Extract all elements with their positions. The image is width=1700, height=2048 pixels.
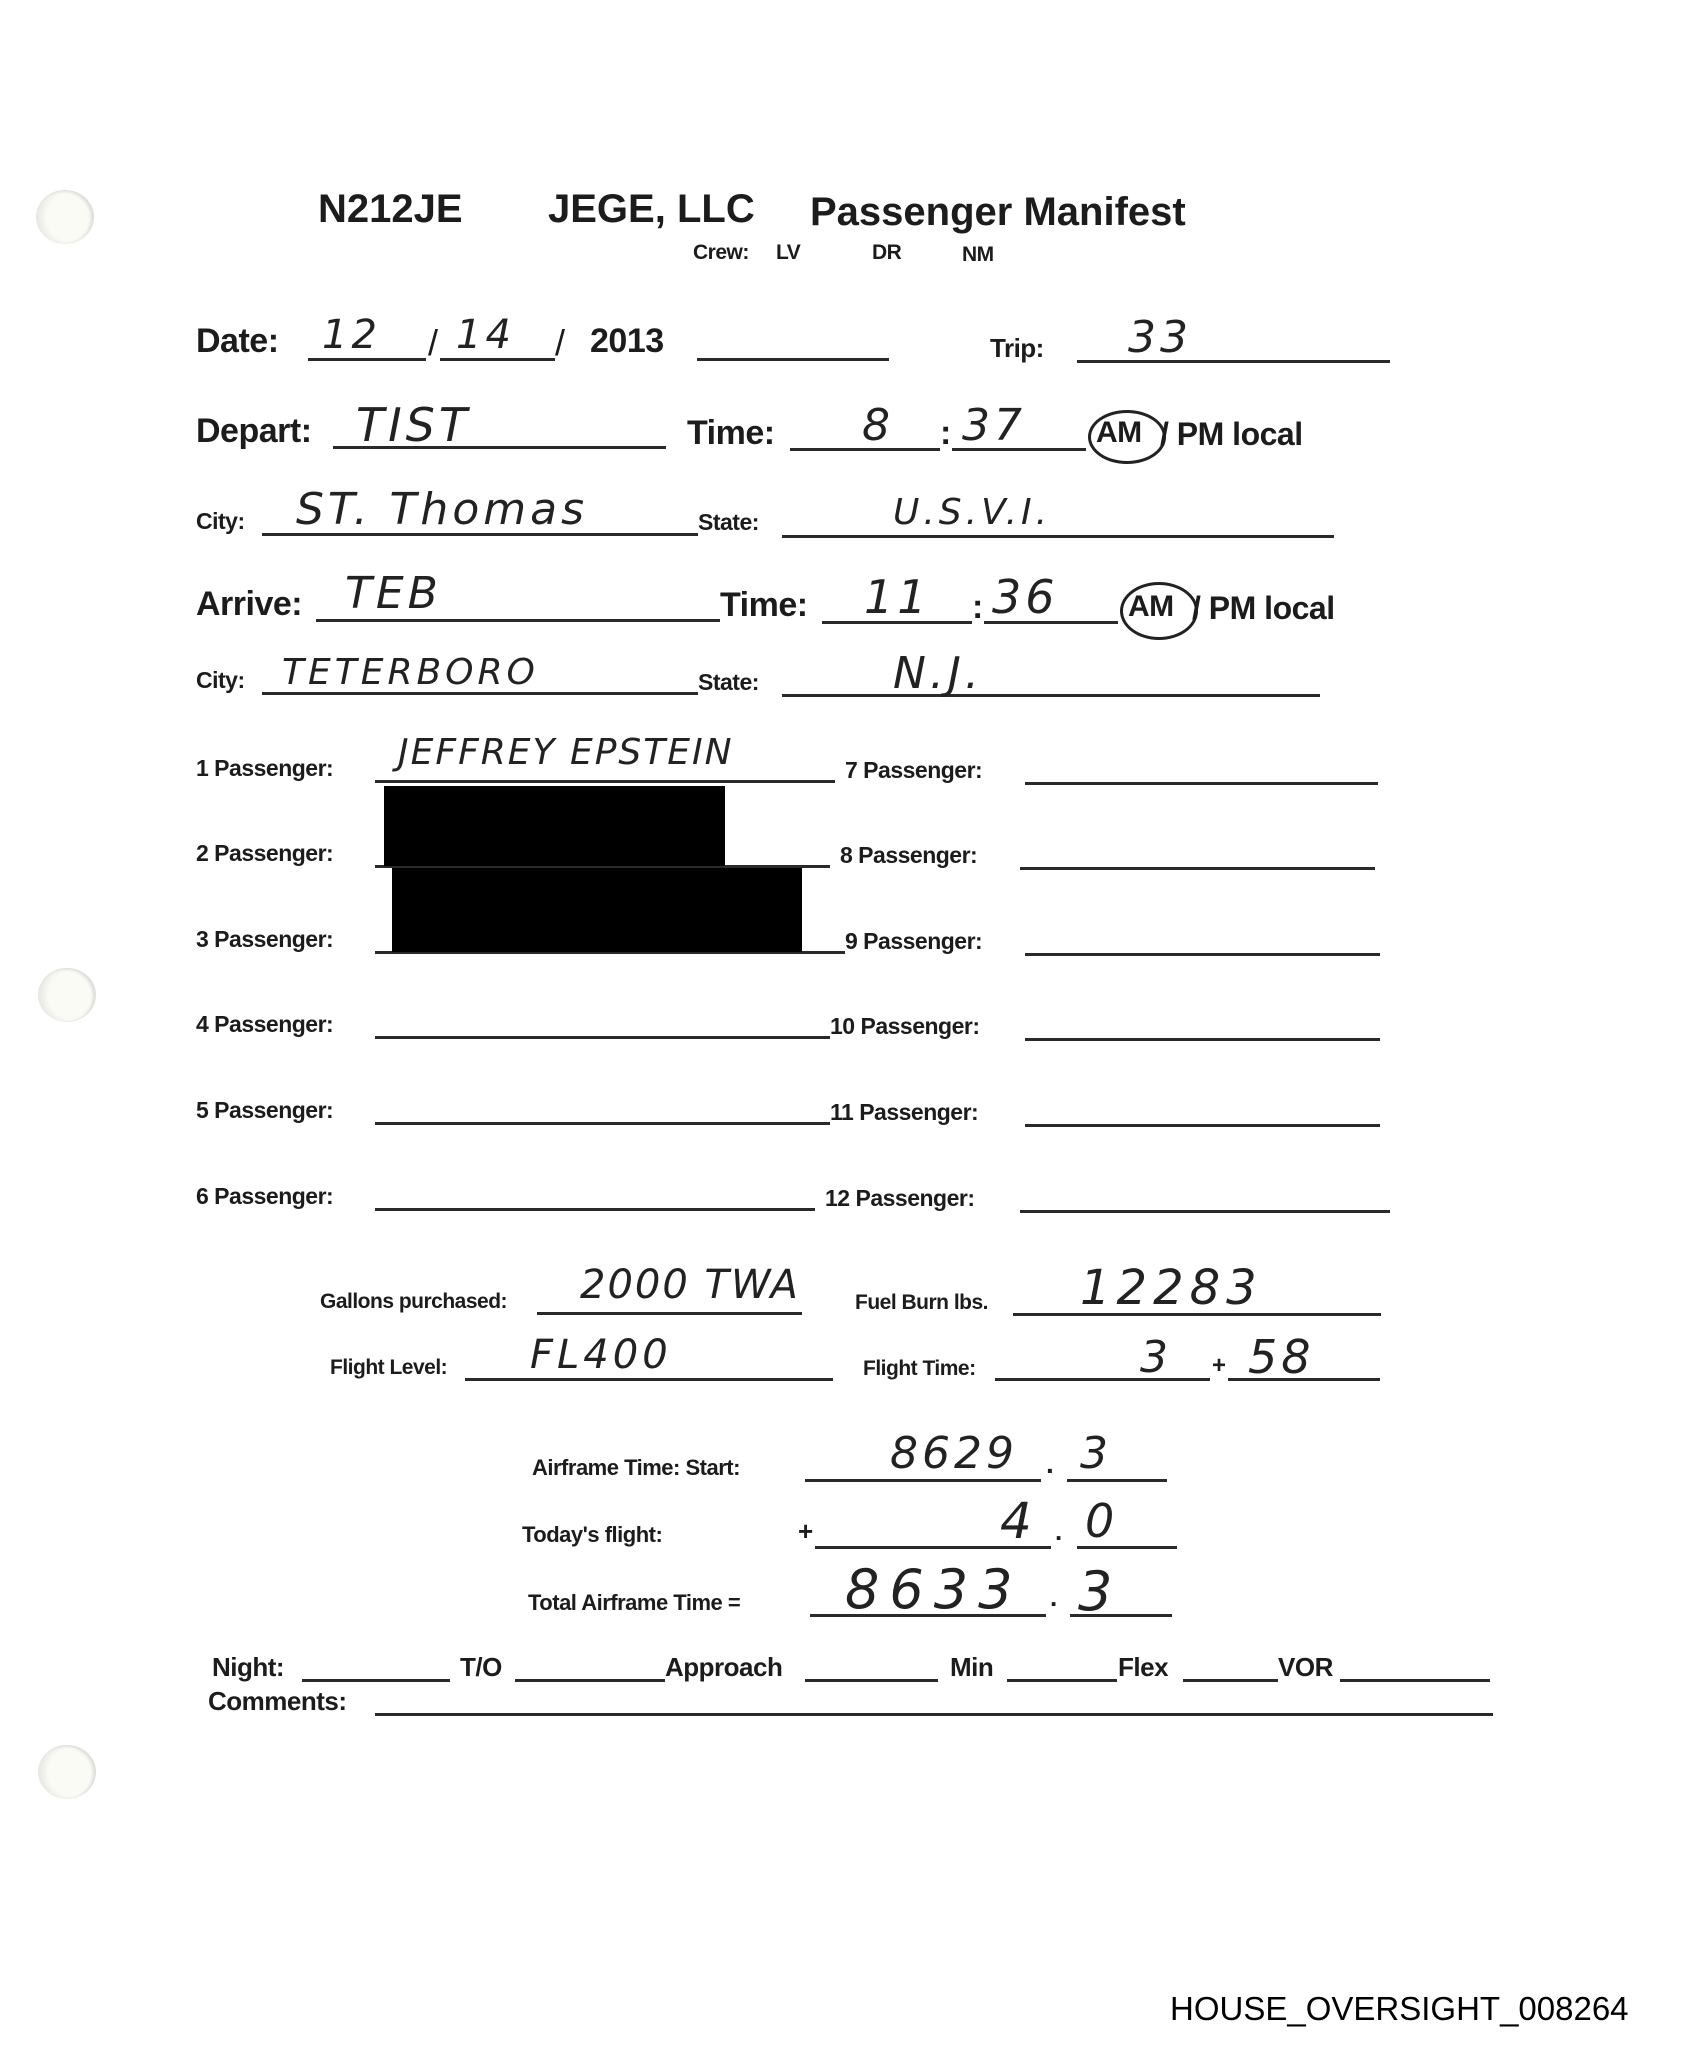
flex-line: [1183, 1679, 1278, 1682]
arrive-hour-value[interactable]: 11: [864, 570, 931, 624]
airframe-start-whole-value[interactable]: 8629: [890, 1428, 1018, 1479]
tail-number: N212JE: [318, 187, 463, 232]
min-line: [1007, 1679, 1117, 1682]
passenger-9-label: 9 Passenger:: [845, 928, 982, 955]
depart-state-value[interactable]: U.S.V.I.: [893, 492, 1051, 533]
passenger-7-line: [1025, 782, 1378, 785]
comments-line: [375, 1713, 1493, 1716]
approach-line: [805, 1679, 938, 1682]
min-label: Min: [950, 1652, 993, 1683]
crew-member-3: NM: [962, 243, 994, 267]
depart-minute-value[interactable]: 37: [962, 400, 1026, 451]
passenger-10-label: 10 Passenger:: [830, 1013, 979, 1040]
depart-pm-local[interactable]: / PM local: [1160, 416, 1303, 453]
passenger-10-line: [1025, 1038, 1380, 1041]
passenger-2-label: 2 Passenger:: [196, 840, 333, 867]
flight-time-hours-value[interactable]: 3: [1140, 1332, 1172, 1383]
arrive-city-value[interactable]: TETERBORO: [282, 652, 539, 693]
airframe-start-label: Airframe Time: Start:: [532, 1455, 740, 1481]
flex-label: Flex: [1118, 1652, 1168, 1683]
passenger-11-line: [1025, 1124, 1380, 1127]
arrive-city-label: City:: [196, 667, 245, 694]
depart-state-label: State:: [698, 509, 759, 536]
flight-time-label: Flight Time:: [863, 1357, 976, 1381]
todays-flight-dot: .: [1055, 1516, 1062, 1547]
todays-flight-whole-value[interactable]: 4: [1000, 1492, 1036, 1550]
punch-hole-middle: [38, 968, 96, 1022]
todays-flight-plus: +: [798, 1516, 813, 1547]
night-label: Night:: [212, 1652, 284, 1683]
fuel-burn-value[interactable]: 12283: [1080, 1260, 1263, 1316]
depart-label: Depart:: [196, 412, 312, 451]
flight-time-separator: +: [1212, 1352, 1226, 1380]
crew-member-2: DR: [872, 241, 901, 265]
gallons-label: Gallons purchased:: [320, 1290, 507, 1314]
passenger-5-label: 5 Passenger:: [196, 1097, 333, 1124]
trip-label: Trip:: [990, 333, 1044, 364]
crew-label: Crew:: [693, 241, 749, 265]
gallons-line: [537, 1312, 802, 1315]
depart-state-line: [782, 535, 1334, 538]
date-day-value[interactable]: 14: [456, 312, 515, 358]
arrive-state-label: State:: [698, 669, 759, 696]
total-airframe-whole-value[interactable]: 8633: [845, 1558, 1022, 1621]
to-line: [515, 1679, 665, 1682]
airframe-start-dot: .: [1046, 1448, 1053, 1480]
arrive-minute-value[interactable]: 36: [992, 570, 1059, 624]
depart-city-label: City:: [196, 508, 245, 535]
arrive-state-value[interactable]: N.J.: [893, 648, 983, 699]
flight-level-value[interactable]: FL400: [530, 1332, 672, 1378]
passenger-7-label: 7 Passenger:: [845, 757, 982, 784]
flight-level-label: Flight Level:: [330, 1356, 447, 1380]
passenger-12-line: [1020, 1210, 1390, 1213]
to-label: T/O: [460, 1652, 502, 1683]
punch-hole-top: [36, 190, 94, 244]
date-slash-1: /: [428, 322, 438, 364]
passenger-8-label: 8 Passenger:: [840, 842, 977, 869]
date-month-line: [308, 358, 426, 361]
todays-flight-label: Today's flight:: [522, 1522, 662, 1548]
passenger-3-label: 3 Passenger:: [196, 926, 333, 953]
airframe-start-tenth-line: [1067, 1479, 1167, 1482]
passenger-6-label: 6 Passenger:: [196, 1183, 333, 1210]
fuel-burn-label: Fuel Burn lbs.: [855, 1291, 988, 1315]
passenger-4-label: 4 Passenger:: [196, 1011, 333, 1038]
form-title: Passenger Manifest: [810, 190, 1186, 235]
date-day-line: [440, 358, 555, 361]
passenger-1-line: [375, 780, 835, 783]
passenger-1-label: 1 Passenger:: [196, 755, 333, 782]
crew-member-1: LV: [776, 241, 800, 265]
arrive-pm-local[interactable]: / PM local: [1192, 590, 1335, 627]
arrive-airport-value[interactable]: TEB: [345, 568, 442, 619]
date-extra-line: [697, 358, 889, 361]
total-airframe-tenth-value[interactable]: 3: [1078, 1560, 1116, 1623]
punch-hole-bottom: [38, 1745, 96, 1799]
depart-time-colon: :: [940, 414, 951, 453]
gallons-value[interactable]: 2000 TWA: [580, 1262, 800, 1308]
passenger-6-line: [375, 1208, 815, 1211]
passenger-1-value[interactable]: JEFFREY EPSTEIN: [398, 732, 734, 773]
passenger-5-line: [375, 1122, 830, 1125]
depart-airport-value[interactable]: TIST: [356, 398, 471, 452]
flight-level-line: [465, 1378, 833, 1381]
passenger-8-line: [1020, 867, 1375, 870]
trip-number-value[interactable]: 33: [1128, 312, 1192, 363]
depart-city-value[interactable]: ST. Thomas: [296, 484, 588, 535]
date-year: 2013: [590, 322, 664, 361]
depart-time-label: Time:: [687, 414, 775, 453]
date-slash-2: /: [555, 322, 565, 364]
depart-hour-value[interactable]: 8: [862, 400, 894, 451]
approach-label: Approach: [665, 1652, 782, 1683]
depart-am-option[interactable]: AM: [1096, 416, 1142, 450]
vor-line: [1340, 1679, 1490, 1682]
bates-number: HOUSE_OVERSIGHT_008264: [1170, 1990, 1629, 2028]
arrive-state-line: [782, 694, 1320, 697]
flight-time-minutes-value[interactable]: 58: [1248, 1330, 1315, 1384]
airframe-start-whole-line: [805, 1479, 1041, 1482]
arrive-time-label: Time:: [720, 586, 808, 625]
trip-line: [1077, 360, 1390, 363]
arrive-time-colon: :: [972, 588, 983, 627]
arrive-label: Arrive:: [196, 585, 302, 624]
todays-flight-tenth-value[interactable]: 0: [1085, 1494, 1118, 1548]
passenger-3-redaction: [392, 868, 802, 952]
passenger-12-label: 12 Passenger:: [825, 1185, 974, 1212]
passenger-9-line: [1025, 953, 1380, 956]
passenger-2-redaction: [384, 786, 725, 866]
arrive-am-option[interactable]: AM: [1128, 590, 1174, 624]
total-airframe-label: Total Airframe Time =: [528, 1590, 740, 1616]
company-name: JEGE, LLC: [548, 187, 755, 232]
flight-time-hours-line: [995, 1378, 1210, 1381]
total-airframe-dot: .: [1050, 1582, 1057, 1613]
arrive-line: [316, 619, 720, 622]
comments-label: Comments:: [208, 1686, 347, 1717]
airframe-start-tenth-value[interactable]: 3: [1080, 1428, 1112, 1479]
date-month-value[interactable]: 12: [322, 312, 381, 358]
passenger-4-line: [375, 1036, 830, 1039]
date-label: Date:: [196, 322, 279, 361]
night-line: [302, 1679, 450, 1682]
vor-label: VOR: [1278, 1652, 1333, 1683]
passenger-11-label: 11 Passenger:: [830, 1099, 978, 1126]
